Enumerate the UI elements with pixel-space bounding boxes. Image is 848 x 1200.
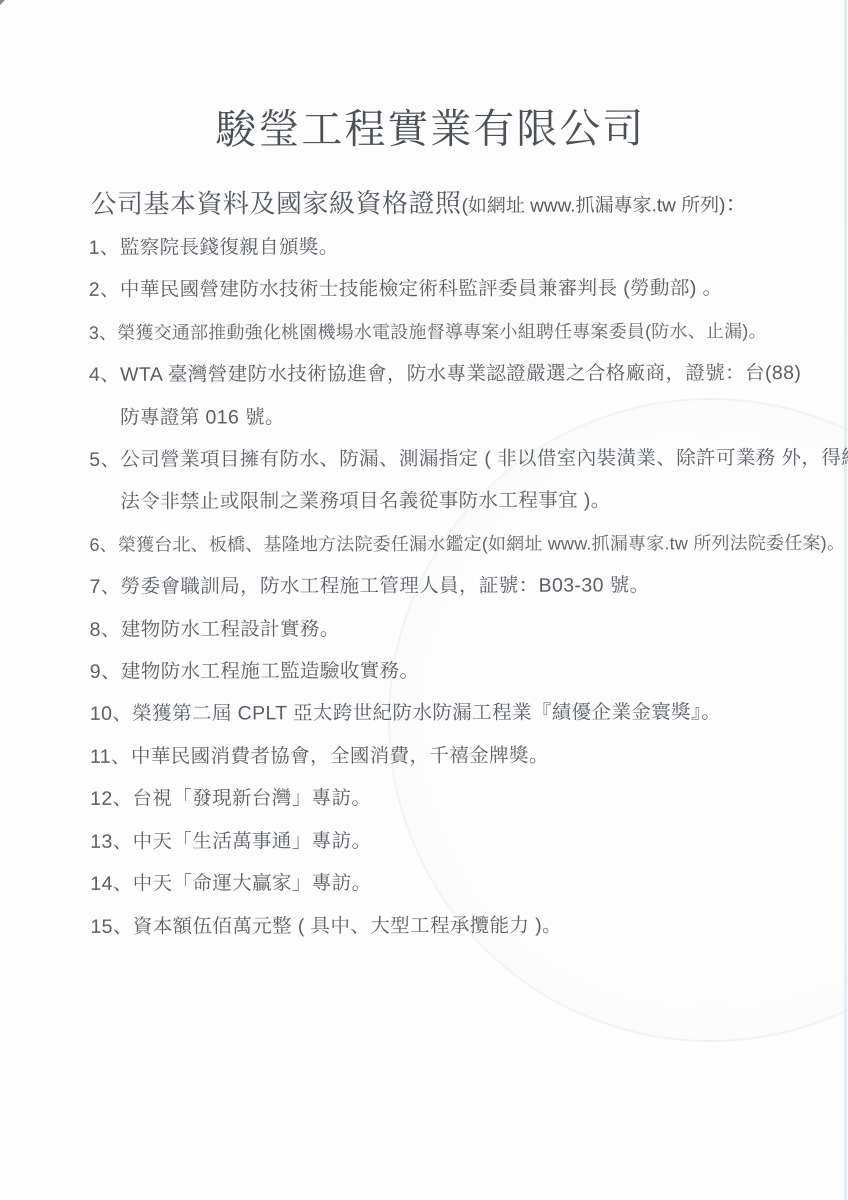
item-text: 建物防水工程設計實務。 — [121, 618, 340, 641]
item-text: 監察院長錢復親自頒獎。 — [120, 236, 339, 259]
list-item-4-continuation: 防專證第 016 號。 — [89, 395, 829, 439]
item-number: 4、 — [89, 364, 120, 386]
section-heading-main: 公司基本資料及國家級資格證照 — [90, 188, 461, 219]
item-number: 1、 — [89, 237, 120, 259]
list-item-9: 9、建物防水工程施工監造驗收實務。 — [90, 649, 830, 693]
list-item-13: 13、中天「生活萬事通」專訪。 — [90, 819, 830, 863]
item-number: 8、 — [90, 618, 121, 640]
item-text: 資本額伍佰萬元整 ( 具中、大型工程承攬能力 )。 — [133, 914, 562, 937]
item-text: 榮獲交通部推動強化桃園機場水電設施督導專案小組聘任專案委員(防水、止漏)。 — [117, 321, 766, 343]
item-number: 9、 — [90, 661, 121, 683]
item-text: 中華民國消費者協會，全國消費，千禧金牌獎。 — [131, 745, 549, 768]
item-number: 7、 — [90, 576, 121, 598]
item-text: 中天「命運大贏家」專訪。 — [133, 872, 372, 895]
scanned-document-page: 駿瑩工程實業有限公司 公司基本資料及國家級資格證照(如網址 www.抓漏專家.t… — [0, 0, 848, 1200]
item-number: 13、 — [90, 830, 132, 852]
item-text: 台視「發現新台灣」專訪。 — [132, 787, 371, 810]
list-item-6: 6、榮獲台北、板橋、基隆地方法院委任漏水鑑定(如網址 www.抓漏專家.tw 所… — [89, 522, 829, 566]
item-number: 2、 — [89, 279, 120, 301]
section-heading-note: (如網址 www.抓漏專家.tw 所列) — [462, 195, 726, 217]
item-text: 中天「生活萬事通」專訪。 — [133, 830, 372, 853]
list-item-1: 1、監察院長錢復親自頒獎。 — [89, 225, 829, 269]
page-edge-shadow — [844, 0, 847, 1200]
section-heading-colon: ： — [725, 191, 747, 216]
item-text: 法令非禁止或限制之業務項目名義從事防水工程事宜 )。 — [120, 490, 610, 513]
list-item-14: 14、中天「命運大贏家」專訪。 — [90, 861, 830, 905]
list-item-5: 5、公司營業項目擁有防水、防漏、測漏指定 ( 非以借室內裝潢業、除許可業務 外，… — [89, 437, 829, 481]
item-number: 3、 — [89, 323, 117, 343]
scan-corner-artifact — [0, 0, 5, 5]
item-text: 防專證第 016 號。 — [120, 406, 285, 428]
credentials-list: 1、監察院長錢復親自頒獎。 2、中華民國營建防水技術士技能檢定術科監評委員兼審判… — [89, 225, 831, 948]
item-text: 公司營業項目擁有防水、防漏、測漏指定 ( 非以借室內裝潢業、除許可業務 外，得經… — [120, 447, 848, 471]
list-item-11: 11、中華民國消費者協會，全國消費，千禧金牌獎。 — [90, 734, 830, 778]
item-number: 5、 — [89, 449, 120, 471]
item-text: 榮獲第二屆 CPLT 亞太跨世紀防水防漏工程業『績優企業金寰獎』。 — [132, 702, 721, 726]
item-number: 15、 — [90, 915, 132, 937]
company-title: 駿瑩工程實業有限公司 — [0, 95, 848, 156]
list-item-7: 7、勞委會職訓局，防水工程施工管理人員，証號：B03-30 號。 — [89, 564, 829, 608]
section-heading: 公司基本資料及國家級資格證照(如網址 www.抓漏專家.tw 所列)： — [90, 182, 747, 221]
item-text: 榮獲台北、板橋、基隆地方法院委任漏水鑑定(如網址 www.抓漏專家.tw 所列法… — [118, 533, 845, 555]
list-item-12: 12、台視「發現新台灣」專訪。 — [90, 776, 830, 820]
list-item-10: 10、榮獲第二屆 CPLT 亞太跨世紀防水防漏工程業『績優企業金寰獎』。 — [90, 691, 830, 735]
item-number: 12、 — [90, 788, 132, 810]
item-number: 14、 — [90, 873, 132, 895]
list-item-8: 8、建物防水工程設計實務。 — [90, 607, 830, 651]
list-item-2: 2、中華民國營建防水技術士技能檢定術科監評委員兼審判長 (勞動部) 。 — [89, 267, 829, 311]
item-text: 中華民國營建防水技術士技能檢定術科監評委員兼審判長 (勞動部) 。 — [120, 278, 723, 302]
item-number: 6、 — [89, 535, 117, 555]
list-item-3: 3、榮獲交通部推動強化桃園機場水電設施督導專案小組聘任專案委員(防水、止漏)。 — [89, 310, 829, 354]
list-item-4: 4、WTA 臺灣營建防水技術協進會，防水專業認證嚴選之合格廠商，證號：台(88) — [89, 352, 829, 396]
item-text: 勞委會職訓局，防水工程施工管理人員，証號：B03-30 號。 — [121, 575, 650, 598]
item-text: WTA 臺灣營建防水技術協進會，防水專業認證嚴選之合格廠商，證號：台(88) — [120, 362, 801, 386]
list-item-5-continuation: 法令非禁止或限制之業務項目名義從事防水工程事宜 )。 — [89, 479, 829, 523]
item-number: 10、 — [90, 703, 132, 725]
item-number: 11、 — [90, 746, 131, 768]
item-text: 建物防水工程施工監造驗收實務。 — [121, 660, 420, 683]
document-content: 駿瑩工程實業有限公司 公司基本資料及國家級資格證照(如網址 www.抓漏專家.t… — [0, 0, 848, 1]
list-item-15: 15、資本額伍佰萬元整 ( 具中、大型工程承攬能力 )。 — [90, 903, 830, 947]
